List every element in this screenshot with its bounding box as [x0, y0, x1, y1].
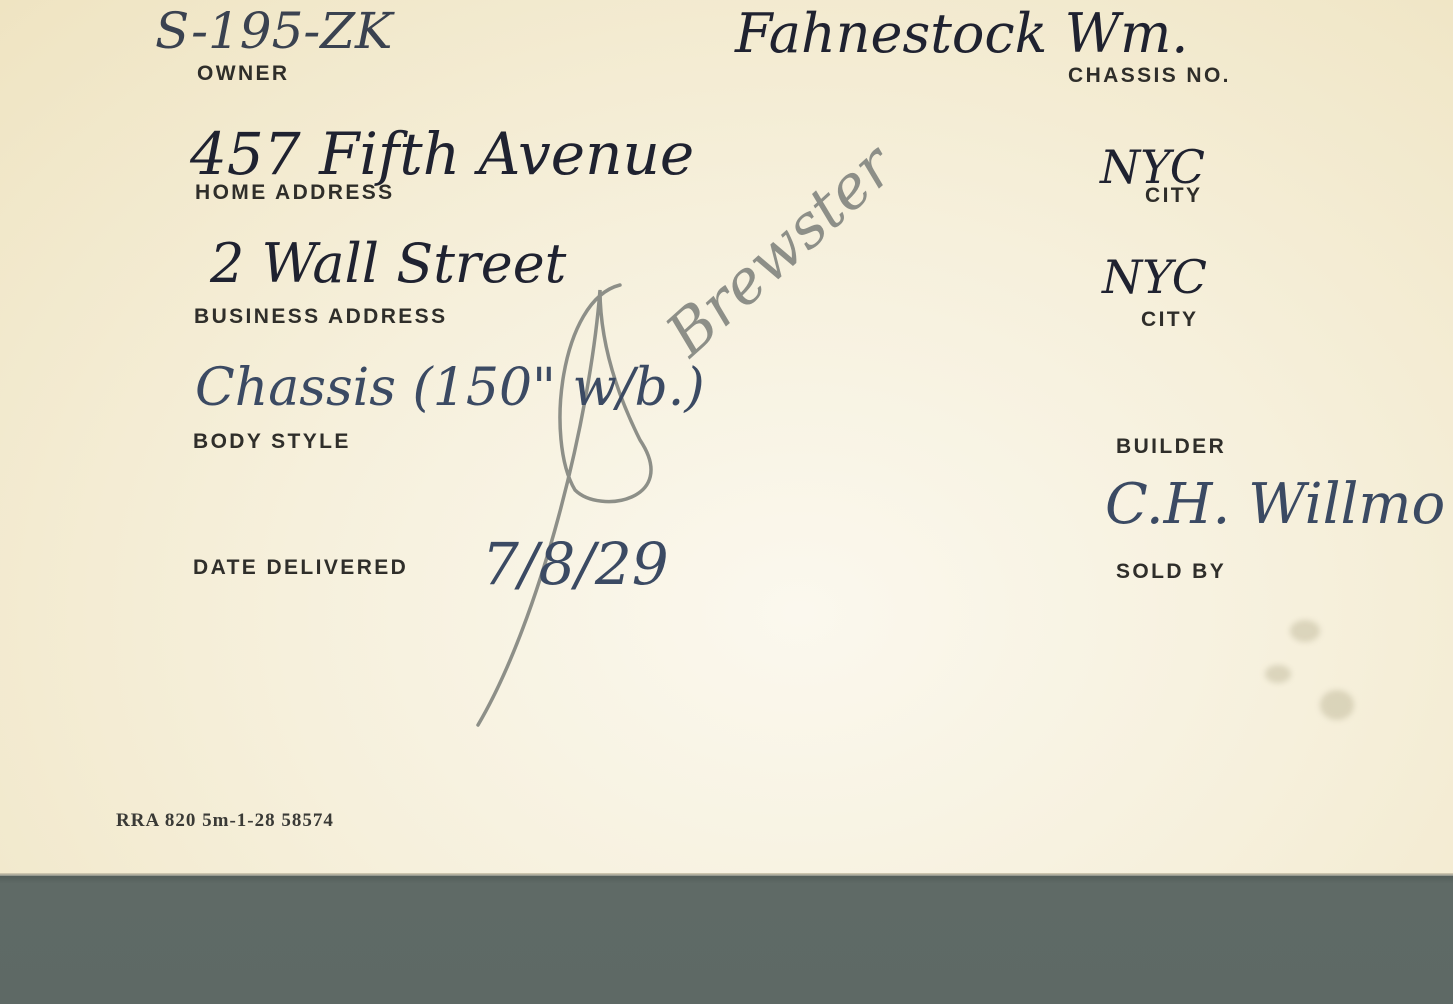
business-address-label: BUSINESS ADDRESS: [194, 305, 448, 329]
record-card: S-195-ZK OWNER Fahnestock Wm. CHASSIS NO…: [0, 0, 1453, 876]
owner-label: OWNER: [197, 62, 290, 86]
stain-mark: [1320, 690, 1354, 720]
sold-by-label: SOLD BY: [1116, 560, 1226, 584]
backing-board: [0, 876, 1453, 1004]
owner-value: Fahnestock Wm.: [735, 2, 1188, 65]
business-city-label: CITY: [1141, 308, 1198, 332]
home-city-label: CITY: [1145, 184, 1202, 208]
stain-mark: [1290, 620, 1320, 642]
chassis-no-label: CHASSIS NO.: [1068, 64, 1231, 88]
body-style-value: Chassis (150" w/b.): [195, 358, 705, 418]
sold-by-value: C.H. Willmo: [1105, 472, 1445, 537]
builder-label: BUILDER: [1116, 435, 1226, 459]
date-delivered-label: DATE DELIVERED: [193, 556, 408, 580]
body-style-label: BODY STYLE: [193, 430, 351, 454]
stain-mark: [1265, 665, 1291, 683]
business-city-value: NYC: [1102, 250, 1207, 304]
home-address-label: HOME ADDRESS: [195, 181, 395, 205]
home-address-value: 457 Fifth Avenue: [190, 120, 694, 188]
business-address-value: 2 Wall Street: [210, 232, 566, 295]
date-delivered-value: 7/8/29: [482, 530, 669, 598]
print-code: RRA 820 5m-1-28 58574: [116, 810, 334, 832]
chassis-number-value: S-195-ZK: [155, 2, 392, 60]
